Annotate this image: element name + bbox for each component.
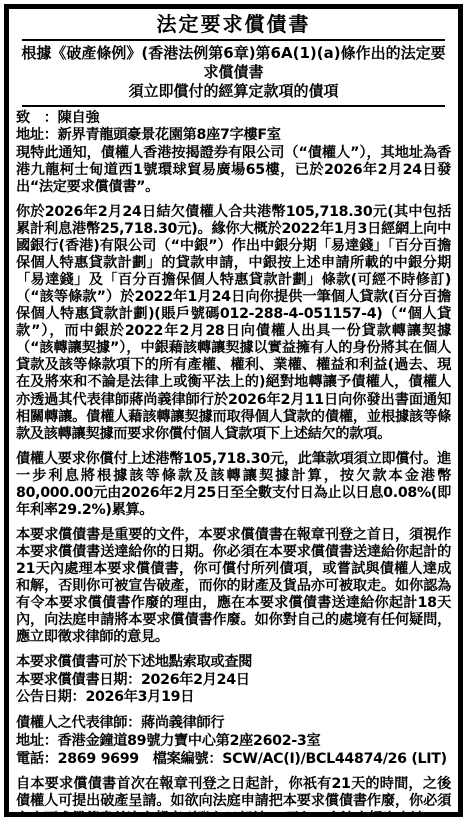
gazette-date-line: 公告日期：2026年3月19日 xyxy=(16,689,451,707)
dates-block: 本要求償債書可於下述地點索取或查閱 本要求償債書日期：2026年2月24日 公告… xyxy=(16,654,451,707)
recipient-address-line: 地址：新界青龍頭豪景花園第8座7字樓F室 xyxy=(16,127,451,145)
document-frame: 法定要求償債書 根據《破產條例》(香港法例第6章)第6A(1)(a)條作出的法定… xyxy=(4,4,463,817)
intro-paragraph: 現特此通知，債權人香港按揭證券有限公司（“債權人”），其地址為香港九龍柯士甸道西… xyxy=(16,145,451,196)
recipient-block: 致 ：陳自強 地址：新界青龍頭豪景花園第8座7字樓F室 現特此通知，債權人香港按… xyxy=(16,110,451,197)
subtitle-line-1: 根據《破產條例》(香港法例第6章)第6A(1)(a)條作出的法定要求償債書 xyxy=(16,44,451,82)
statutory-demand-page: 法定要求償債書 根據《破產條例》(香港法例第6章)第6A(1)(a)條作出的法定… xyxy=(0,0,467,821)
document-subtitle: 根據《破產條例》(香港法例第6章)第6A(1)(a)條作出的法定要求償債書 須立… xyxy=(16,44,451,102)
demand-date-line: 本要求償債書日期：2026年2月24日 xyxy=(16,672,451,690)
debt-details-paragraph: 你於2026年2月24日結欠債權人合共港幣105,718.30元(其中包括累計利… xyxy=(16,204,451,442)
demand-amount-paragraph: 債權人要求你償付上述港幣105,718.30元，此筆款項須立即償付。進一步利息將… xyxy=(16,451,451,519)
solicitor-firm-line: 債權人之代表律師：蔣尚義律師行 xyxy=(16,715,451,733)
solicitor-block: 債權人之代表律師：蔣尚義律師行 地址：香港金鐘道89號力寶中心第2座2602-3… xyxy=(16,715,451,768)
subtitle-line-2: 須立即償付的經算定款項的債項 xyxy=(16,82,451,101)
document-title: 法定要求償債書 xyxy=(16,11,451,38)
recipient-name-line: 致 ：陳自強 xyxy=(16,110,451,128)
important-notice-paragraph: 本要求償債書是重要的文件，本要求償債書在報章刊登之首日，須視作本要求償債書送達給… xyxy=(16,527,451,646)
subtitle-divider xyxy=(22,105,445,107)
title-divider xyxy=(22,39,445,41)
availability-line: 本要求償債書可於下述地點索取或查閱 xyxy=(16,654,451,672)
solicitor-address-line: 地址：香港金鐘道89號力寶中心第2座2602-3室 xyxy=(16,733,451,751)
solicitor-phone-file-line: 電話：2869 9699 檔案編號：SCW/AC(I)/BCL44874/26 … xyxy=(16,751,451,769)
final-warning-paragraph: 自本要求償債書首次在報章刊登之日起計，你祇有21天的時間，之後債權人可提出破產呈… xyxy=(16,776,451,817)
